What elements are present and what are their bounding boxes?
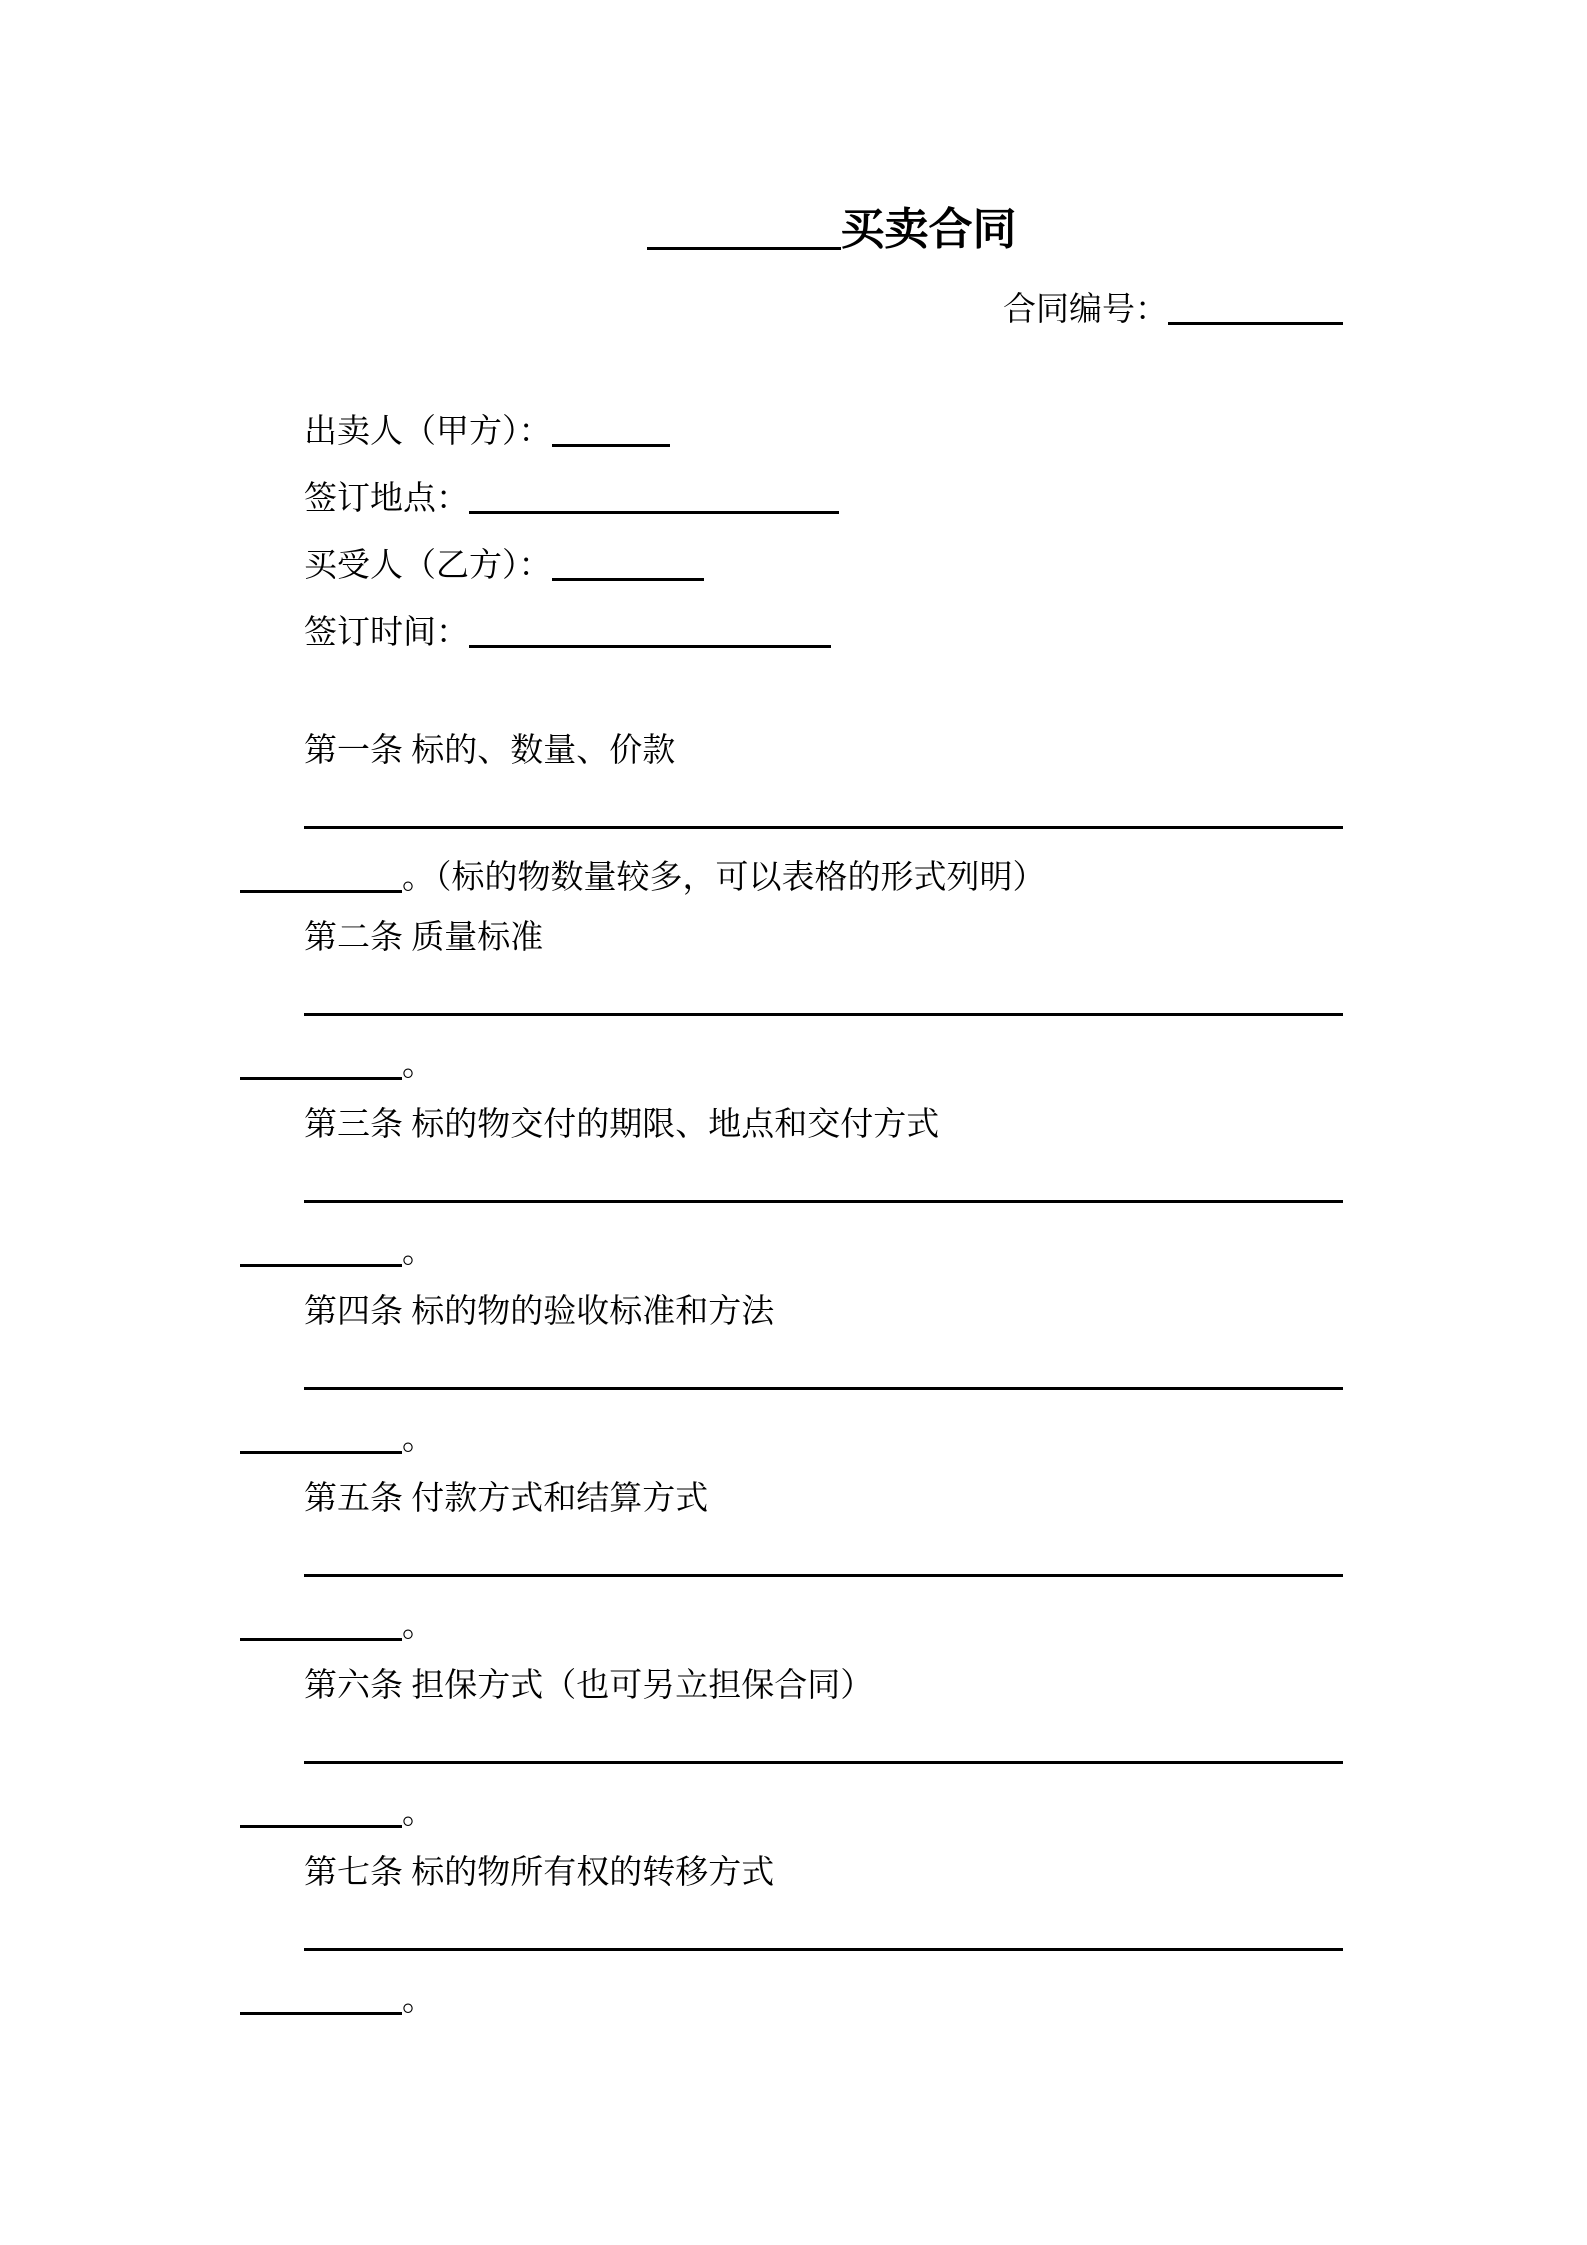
- party-info-block: 出卖人（甲方）： 签订地点： 买受人（乙方）： 签订时间：: [240, 409, 1343, 656]
- title-blank-underline: [647, 243, 841, 250]
- article-fill-line-underline: [304, 1717, 1343, 1764]
- article-tail-text: 。（标的物数量较多，可以表格的形式列明）: [402, 860, 1046, 896]
- tail-blank-underline: [240, 886, 402, 893]
- article-tail-text: 。: [402, 1795, 435, 1831]
- contract-article: 第三条 标的物交付的期限、地点和交付方式 。: [240, 1102, 1343, 1275]
- contract-number-label: 合同编号：: [1003, 292, 1168, 328]
- tail-blank-underline: [240, 1447, 402, 1454]
- contract-article: 第五条 付款方式和结算方式 。: [240, 1476, 1343, 1649]
- article-tail-line: 。: [240, 1229, 1343, 1275]
- article-tail-text: 。: [402, 1234, 435, 1270]
- articles-block: 第一条 标的、数量、价款 。（标的物数量较多，可以表格的形式列明） 第二条 质量…: [240, 728, 1343, 2023]
- tail-blank-underline: [240, 1260, 402, 1267]
- article-tail-text: 。: [402, 1982, 435, 2018]
- party-blank-underline: [469, 641, 831, 648]
- article-fill-line-underline: [304, 1530, 1343, 1577]
- contract-number-blank-underline: [1168, 318, 1343, 325]
- article-heading: 第一条 标的、数量、价款: [240, 728, 1343, 774]
- article-tail-text: 。: [402, 1421, 435, 1457]
- article-heading: 第三条 标的物交付的期限、地点和交付方式: [240, 1102, 1343, 1148]
- article-fill-line-underline: [304, 782, 1343, 829]
- article-fill-line-underline: [304, 1904, 1343, 1951]
- article-tail-line: 。: [240, 1790, 1343, 1836]
- party-blank-underline: [552, 574, 704, 581]
- party-label: 买受人（乙方）：: [304, 548, 552, 584]
- article-tail-text: 。: [402, 1608, 435, 1644]
- article-heading: 第四条 标的物的验收标准和方法: [240, 1289, 1343, 1335]
- contract-article: 第四条 标的物的验收标准和方法 。: [240, 1289, 1343, 1462]
- party-info-line: 签订时间：: [240, 610, 1343, 656]
- party-blank-underline: [552, 440, 670, 447]
- party-label: 签订时间：: [304, 615, 469, 651]
- tail-blank-underline: [240, 1821, 402, 1828]
- contract-article: 第一条 标的、数量、价款 。（标的物数量较多，可以表格的形式列明）: [240, 728, 1343, 901]
- party-label: 出卖人（甲方）：: [304, 414, 552, 450]
- tail-blank-underline: [240, 2008, 402, 2015]
- contract-number-row: 合同编号：: [240, 287, 1343, 333]
- party-label: 签订地点：: [304, 481, 469, 517]
- article-tail-text: 。: [402, 1047, 435, 1083]
- article-tail-line: 。: [240, 1977, 1343, 2023]
- article-heading: 第二条 质量标准: [240, 915, 1343, 961]
- contract-article: 第七条 标的物所有权的转移方式 。: [240, 1850, 1343, 2023]
- article-heading: 第六条 担保方式（也可另立担保合同）: [240, 1663, 1343, 1709]
- article-tail-line: 。（标的物数量较多，可以表格的形式列明）: [240, 855, 1343, 901]
- document-title-text: 买卖合同: [841, 205, 1017, 254]
- article-tail-line: 。: [240, 1042, 1343, 1088]
- party-blank-underline: [469, 507, 839, 514]
- tail-blank-underline: [240, 1634, 402, 1641]
- contract-article: 第二条 质量标准 。: [240, 915, 1343, 1088]
- party-info-line: 买受人（乙方）：: [240, 543, 1343, 589]
- contract-article: 第六条 担保方式（也可另立担保合同） 。: [240, 1663, 1343, 1836]
- article-fill-line-underline: [304, 969, 1343, 1016]
- article-tail-line: 。: [240, 1416, 1343, 1462]
- article-tail-line: 。: [240, 1603, 1343, 1649]
- document-title: 买卖合同: [240, 201, 1343, 259]
- article-heading: 第五条 付款方式和结算方式: [240, 1476, 1343, 1522]
- contract-document-page: 买卖合同 合同编号： 出卖人（甲方）： 签订地点： 买受人（乙方）： 签订时间：…: [0, 0, 1587, 2245]
- party-info-line: 签订地点：: [240, 476, 1343, 522]
- article-heading: 第七条 标的物所有权的转移方式: [240, 1850, 1343, 1896]
- tail-blank-underline: [240, 1073, 402, 1080]
- article-fill-line-underline: [304, 1156, 1343, 1203]
- article-fill-line-underline: [304, 1343, 1343, 1390]
- party-info-line: 出卖人（甲方）：: [240, 409, 1343, 455]
